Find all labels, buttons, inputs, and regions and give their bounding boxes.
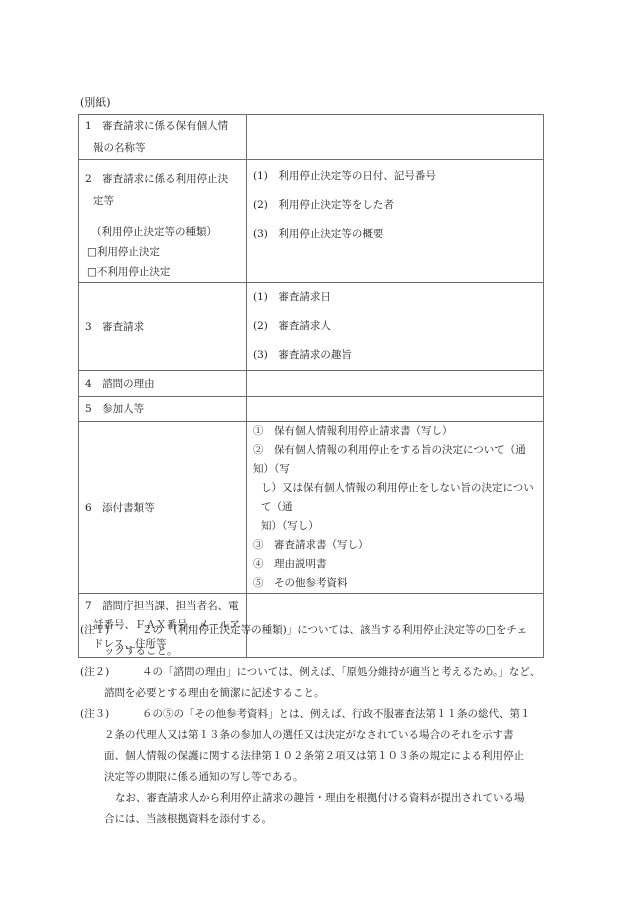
list-item: (1) 利用停止決定等の日付、記号番号 [253,162,537,191]
note-text: 諮問を必要とする理由を簡潔に記述すること。 [80,683,550,704]
table-row-1: 1 審査請求に係る保有個人情 報の名称等 [79,115,544,160]
note-text: ックすること。 [80,641,550,662]
note-3: (注３) ６の⑤の「その他参考資料」とは、例えば、行政不服審査法第１１条の総代、… [80,704,550,830]
note-tag: (注１) [80,620,120,641]
list-item: (2) 利用停止決定等をした者 [253,191,537,220]
row-1-label: 1 審査請求に係る保有個人情 報の名称等 [79,115,247,160]
table-row-6: 6 添付書類等 ① 保有個人情報利用停止請求書（写し） ② 保有個人情報の利用停… [79,422,544,594]
label-line: 1 審査請求に係る保有個人情 [85,115,242,137]
row-6-label: 6 添付書類等 [79,422,247,594]
list-item: ③ 審査請求書（写し） [253,536,537,555]
note-text: 決定等の期限に係る通知の写し等である。 [80,767,550,788]
row-3-value[interactable]: (1) 審査請求日 (2) 審査請求人 (3) 審査請求の趣旨 [247,283,544,371]
table-row-5: 5 参加人等 [79,397,544,422]
row-4-label: 4 諮問の理由 [79,371,247,397]
list-item: (1) 審査請求日 [253,283,537,312]
row-2-label: 2 審査請求に係る利用停止決 定等 （利用停止決定等の種類） □利用停止決定 □… [79,160,247,283]
note-tag: (注２) [80,662,120,683]
consultation-form-table: 1 審査請求に係る保有個人情 報の名称等 2 審査請求に係る利用停止決 定等 （… [78,114,544,658]
label-line: 報の名称等 [85,137,242,159]
note-text: 合には、当該根拠資料を添付する。 [80,809,550,830]
note-tag: (注３) [80,704,120,725]
list-item-continuation: 知）（写し） [253,517,537,536]
note-text: ６の⑤の「その他参考資料」とは、例えば、行政不服審査法第１１条の総代、第１ [120,704,550,725]
row-3-label: 3 審査請求 [79,283,247,371]
table-row-2: 2 審査請求に係る利用停止決 定等 （利用停止決定等の種類） □利用停止決定 □… [79,160,544,283]
note-text: なお、審査請求人から利用停止請求の趣旨・理由を根拠付ける資料が提出されている場 [80,788,550,809]
list-item: (3) 審査請求の趣旨 [253,341,537,370]
row-1-value[interactable] [247,115,544,160]
decision-type-heading: （利用停止決定等の種類） [85,222,242,242]
note-1: (注１) ２の「(利用停止決定等の種類)」については、該当する利用停止決定等の□… [80,620,550,662]
table-row-3: 3 審査請求 (1) 審査請求日 (2) 審査請求人 (3) 審査請求の趣旨 [79,283,544,371]
label-line: 定等 [85,190,242,212]
list-item-continuation: し）又は保有個人情報の利用停止をしない旨の決定について（通 [253,479,537,517]
note-text: ４の「諮問の理由」については、例えば、「原処分維持が適当と考えるため。」など、 [120,662,550,683]
list-item: (3) 利用停止決定等の概要 [253,220,537,249]
label-line: 7 諮問庁担当課、担当者名、電 [85,597,242,616]
label-line: 2 審査請求に係る利用停止決 [85,168,242,190]
row-2-value[interactable]: (1) 利用停止決定等の日付、記号番号 (2) 利用停止決定等をした者 (3) … [247,160,544,283]
note-2: (注２) ４の「諮問の理由」については、例えば、「原処分維持が適当と考えるため。… [80,662,550,704]
list-item: (2) 審査請求人 [253,312,537,341]
row-5-value[interactable] [247,397,544,422]
note-text: ２の「(利用停止決定等の種類)」については、該当する利用停止決定等の□をチェ [120,620,550,641]
label-line: 3 審査請求 [85,316,242,338]
row-5-label: 5 参加人等 [79,397,247,422]
list-item: ④ 理由説明書 [253,555,537,574]
table-row-4: 4 諮問の理由 [79,371,544,397]
row-4-value[interactable] [247,371,544,397]
checkbox-non-suspension[interactable]: □不利用停止決定 [85,262,242,282]
list-item: ② 保有個人情報の利用停止をする旨の決定について（通知）（写 [253,441,537,479]
annex-label: (別紙) [80,94,111,110]
note-text: 面、個人情報の保護に関する法律第１０２条第２項又は第１０３条の規定による利用停止 [80,746,550,767]
note-text: ２条の代理人又は第１３条の参加人の選任又は決定がなされている場合のそれを示す書 [80,725,550,746]
row-6-value[interactable]: ① 保有個人情報利用停止請求書（写し） ② 保有個人情報の利用停止をする旨の決定… [247,422,544,594]
notes-section: (注１) ２の「(利用停止決定等の種類)」については、該当する利用停止決定等の□… [80,620,550,830]
list-item: ① 保有個人情報利用停止請求書（写し） [253,422,537,441]
checkbox-use-suspension[interactable]: □利用停止決定 [85,242,242,262]
list-item: ⑤ その他参考資料 [253,574,537,593]
